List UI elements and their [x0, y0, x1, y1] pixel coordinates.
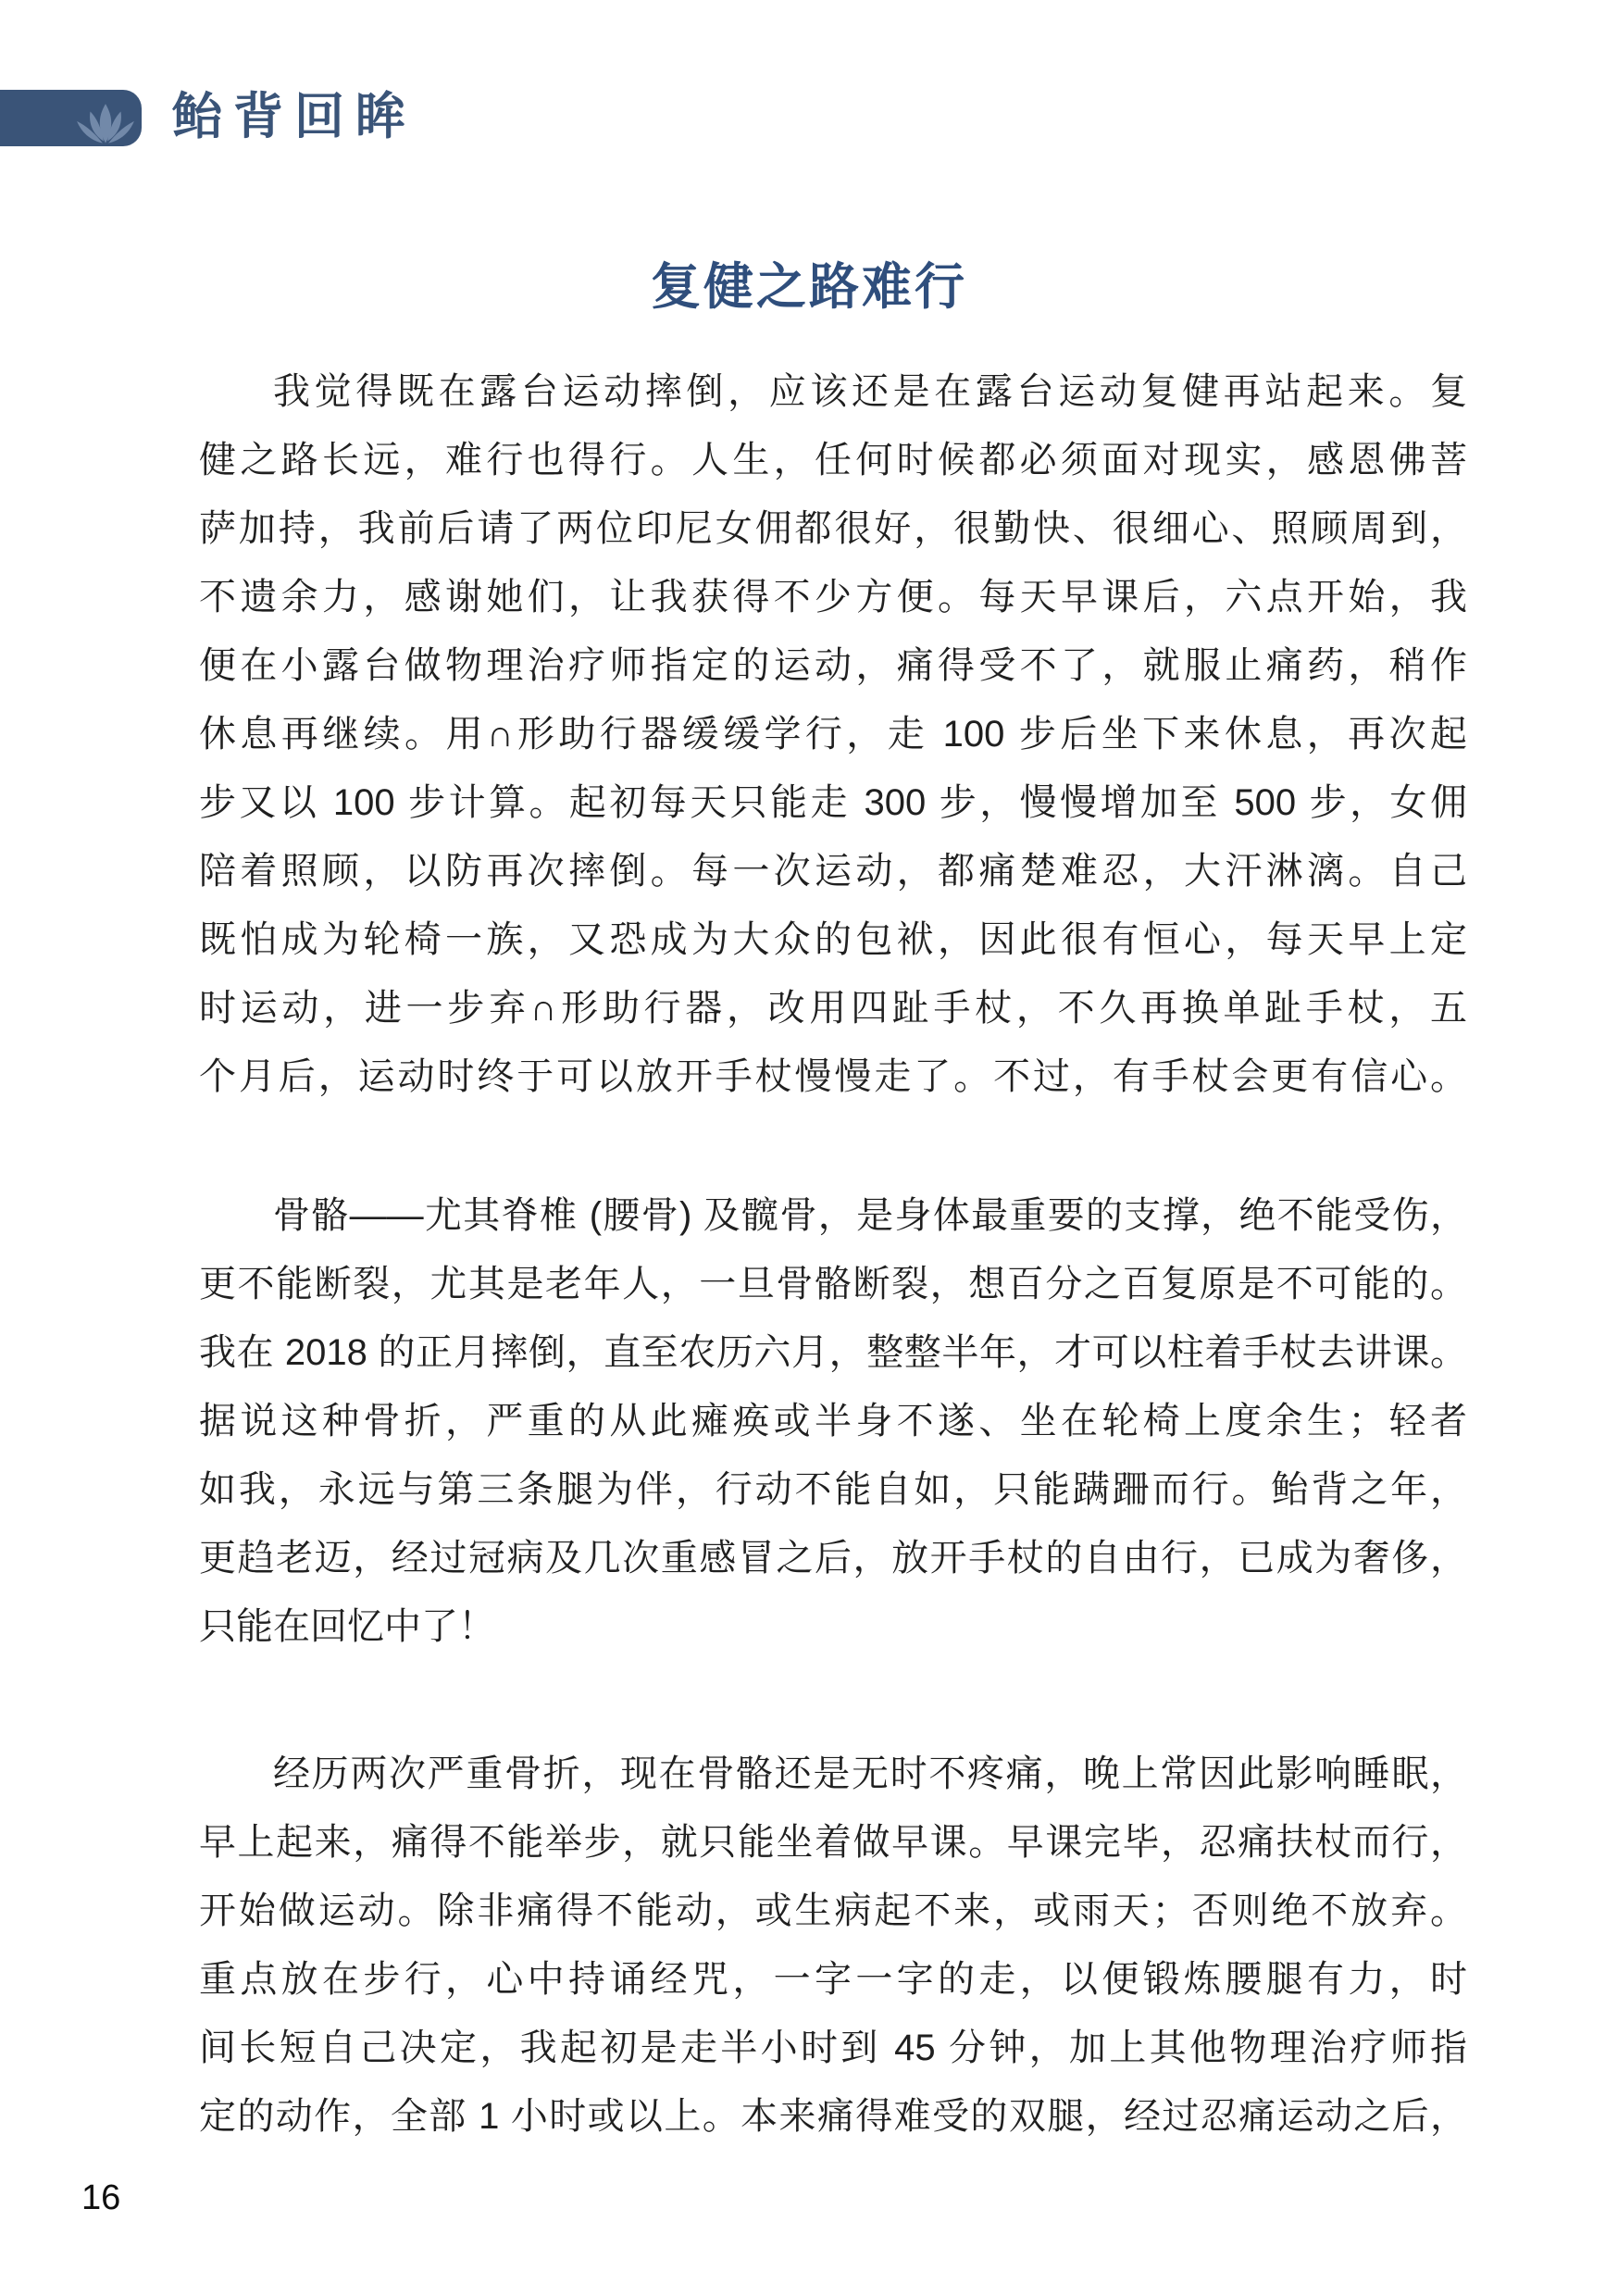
text-line: 健之路长远，难行也得行。人生，任何时候都必须面对现实，感恩佛菩 [199, 426, 1467, 494]
text-line: 更趋老迈，经过冠病及几次重感冒之后，放开手杖的自由行，已成为奢侈， [199, 1524, 1467, 1592]
text-line: 如我，永远与第三条腿为伴，行动不能自如，只能蹒跚而行。鲐背之年， [199, 1455, 1467, 1524]
lotus-icon [75, 102, 136, 146]
text-line: 只能在回忆中了！ [199, 1592, 1467, 1661]
text-line: 开始做运动。除非痛得不能动，或生病起不来，或雨天；否则绝不放弃。 [199, 1877, 1467, 1945]
text-line: 既怕成为轮椅一族，又恐成为大众的包袱，因此很有恒心，每天早上定 [199, 905, 1467, 974]
text-line: 骨骼——尤其脊椎 (腰骨) 及髋骨，是身体最重要的支撑，绝不能受伤， [199, 1181, 1467, 1250]
text-line: 时运动，进一步弃∩形助行器，改用四趾手杖，不久再换单趾手杖，五 [199, 974, 1467, 1042]
text-line: 步又以 100 步计算。起初每天只能走 300 步，慢慢增加至 500 步，女佣 [199, 768, 1467, 837]
paragraph: 经历两次严重骨折，现在骨骼还是无时不疼痛，晚上常因此影响睡眠，早上起来，痛得不能… [199, 1740, 1467, 2151]
text-line: 重点放在步行，心中持诵经咒，一字一字的走，以便锻炼腰腿有力，时 [199, 1945, 1467, 2014]
chapter-band [0, 90, 142, 146]
text-line: 个月后，运动时终于可以放开手杖慢慢走了。不过，有手杖会更有信心。 [199, 1042, 1467, 1111]
text-line: 经历两次严重骨折，现在骨骼还是无时不疼痛，晚上常因此影响睡眠， [199, 1740, 1467, 1808]
text-line: 萨加持，我前后请了两位印尼女佣都很好，很勤快、很细心、照顾周到， [199, 494, 1467, 563]
text-line: 我在 2018 的正月摔倒，直至农历六月，整整半年，才可以柱着手杖去讲课。 [199, 1318, 1467, 1387]
text-line: 据说这种骨折，严重的从此瘫痪或半身不遂、坐在轮椅上度余生；轻者 [199, 1387, 1467, 1455]
text-line: 更不能断裂，尤其是老年人，一旦骨骼断裂，想百分之百复原是不可能的。 [199, 1250, 1467, 1318]
text-line: 间长短自己决定，我起初是走半小时到 45 分钟，加上其他物理治疗师指 [199, 2014, 1467, 2082]
paragraph: 骨骼——尤其脊椎 (腰骨) 及髋骨，是身体最重要的支撑，绝不能受伤，更不能断裂，… [199, 1181, 1467, 1661]
chapter-title-logo: 鲐背回眸 [172, 89, 417, 145]
text-line: 我觉得既在露台运动摔倒，应该还是在露台运动复健再站起来。复 [199, 357, 1467, 426]
text-line: 早上起来，痛得不能举步，就只能坐着做早课。早课完毕，忍痛扶杖而行， [199, 1808, 1467, 1877]
book-page: 鲐背回眸 复健之路难行 我觉得既在露台运动摔倒，应该还是在露台运动复健再站起来。… [0, 0, 1618, 2296]
text-line: 休息再继续。用∩形助行器缓缓学行，走 100 步后坐下来休息，再次起 [199, 700, 1467, 768]
text-line: 定的动作，全部 1 小时或以上。本来痛得难受的双腿，经过忍痛运动之后， [199, 2082, 1467, 2151]
text-line: 陪着照顾，以防再次摔倒。每一次运动，都痛楚难忍，大汗淋漓。自己 [199, 837, 1467, 905]
text-line: 不遗余力，感谢她们，让我获得不少方便。每天早课后，六点开始，我 [199, 563, 1467, 631]
text-line: 便在小露台做物理治疗师指定的运动，痛得受不了，就服止痛药，稍作 [199, 631, 1467, 700]
paragraph: 我觉得既在露台运动摔倒，应该还是在露台运动复健再站起来。复健之路长远，难行也得行… [199, 357, 1467, 1111]
lotus-petals [77, 104, 134, 143]
page-title: 复健之路难行 [0, 261, 1618, 313]
body-text: 我觉得既在露台运动摔倒，应该还是在露台运动复健再站起来。复健之路长远，难行也得行… [199, 357, 1467, 2151]
page-number: 16 [81, 2177, 120, 2218]
